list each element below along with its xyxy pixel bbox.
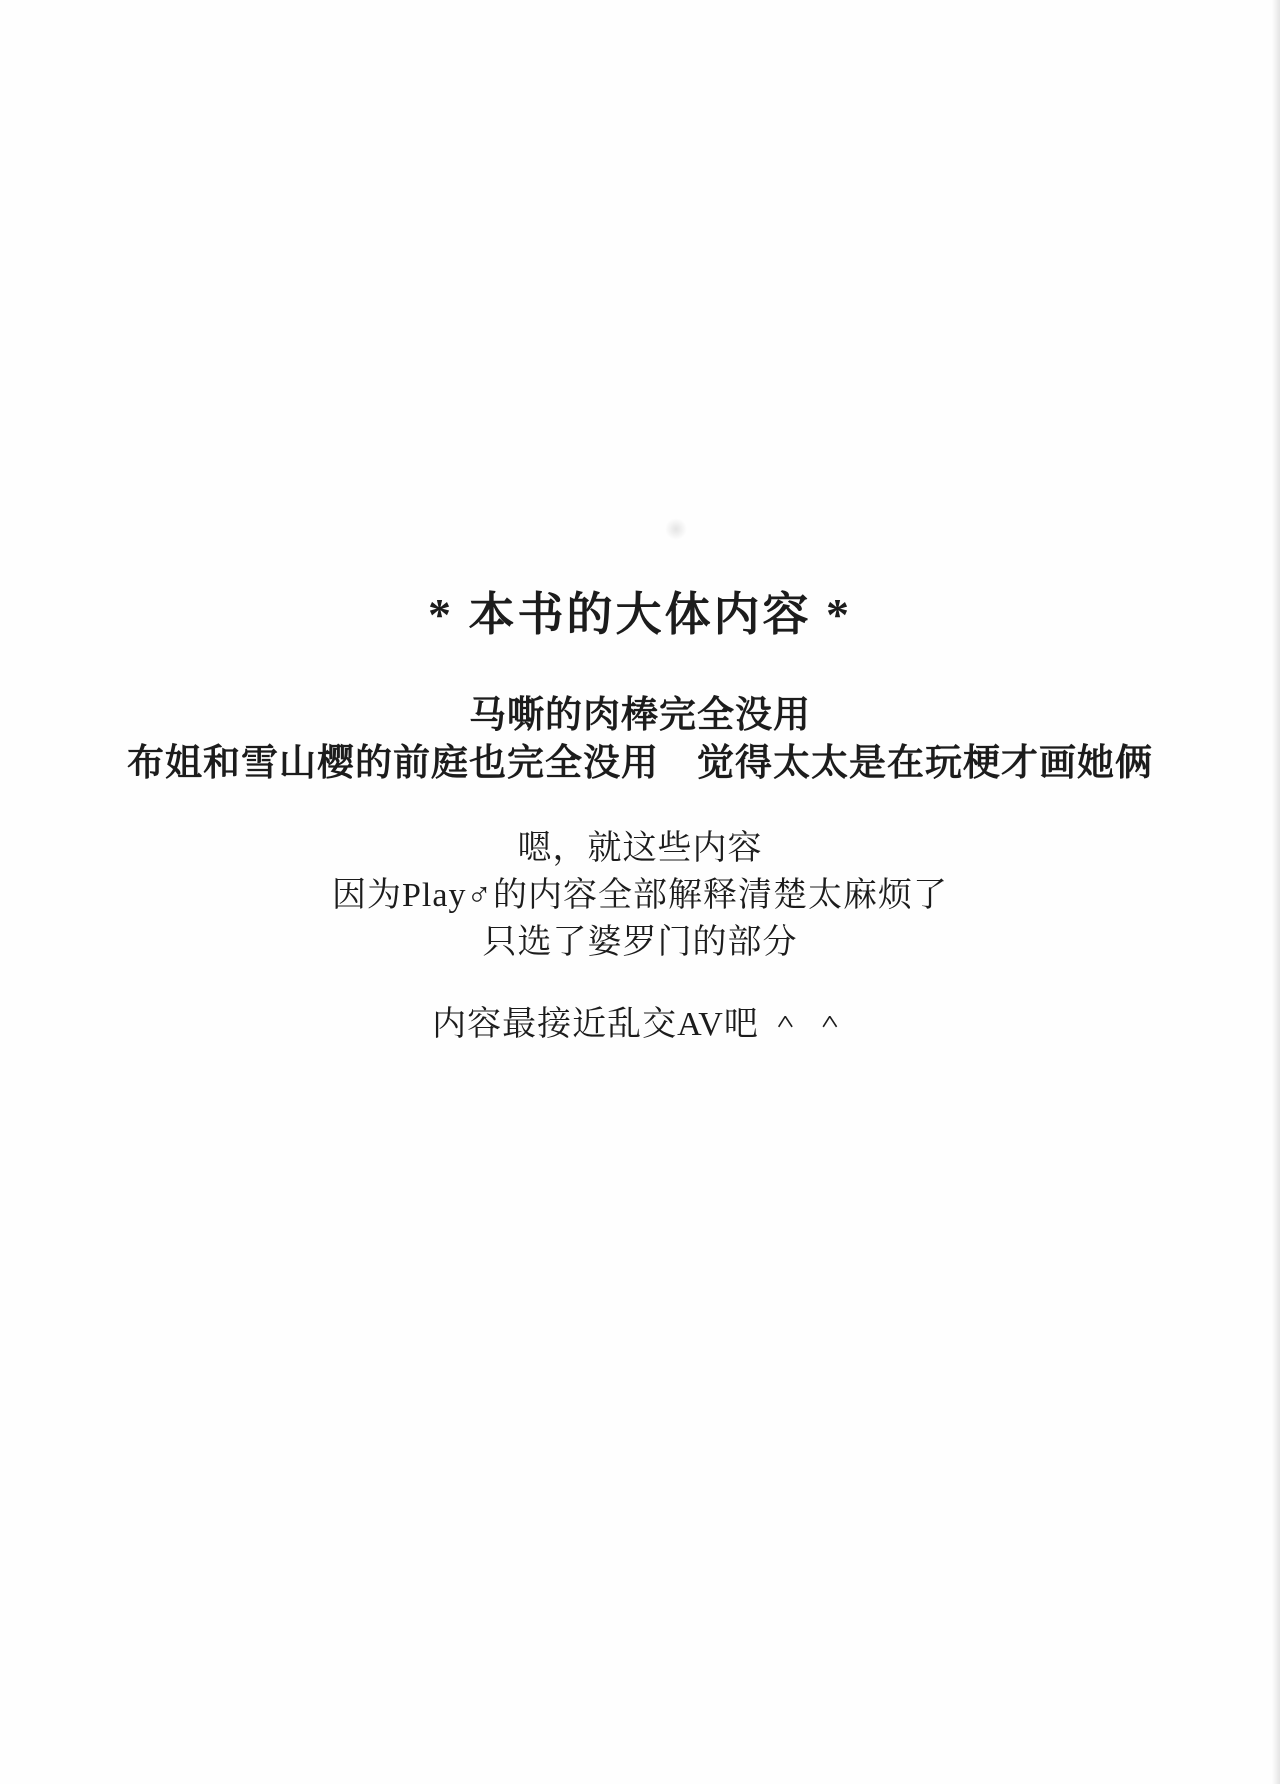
note-line-1: 嗯，就这些内容: [0, 820, 1280, 869]
summary-line-2: 布姐和雪山樱的前庭也完全没用 觉得太太是在玩梗才画她俩: [0, 732, 1280, 786]
closing-line: 内容最接近乱交AV吧 ＾ ＾: [0, 996, 1280, 1045]
note-line-2: 因为Play♂的内容全部解释清楚太麻烦了: [0, 867, 1280, 916]
note-line-3: 只选了婆罗门的部分: [0, 914, 1280, 963]
scanned-document-page: * 本书的大体内容 * 马嘶的肉棒完全没用 布姐和雪山樱的前庭也完全没用 觉得太…: [0, 0, 1280, 1784]
summary-line-1: 马嘶的肉棒完全没用: [0, 684, 1280, 738]
scan-smudge-artifact: [665, 518, 687, 540]
page-title: * 本书的大体内容 *: [0, 578, 1280, 644]
